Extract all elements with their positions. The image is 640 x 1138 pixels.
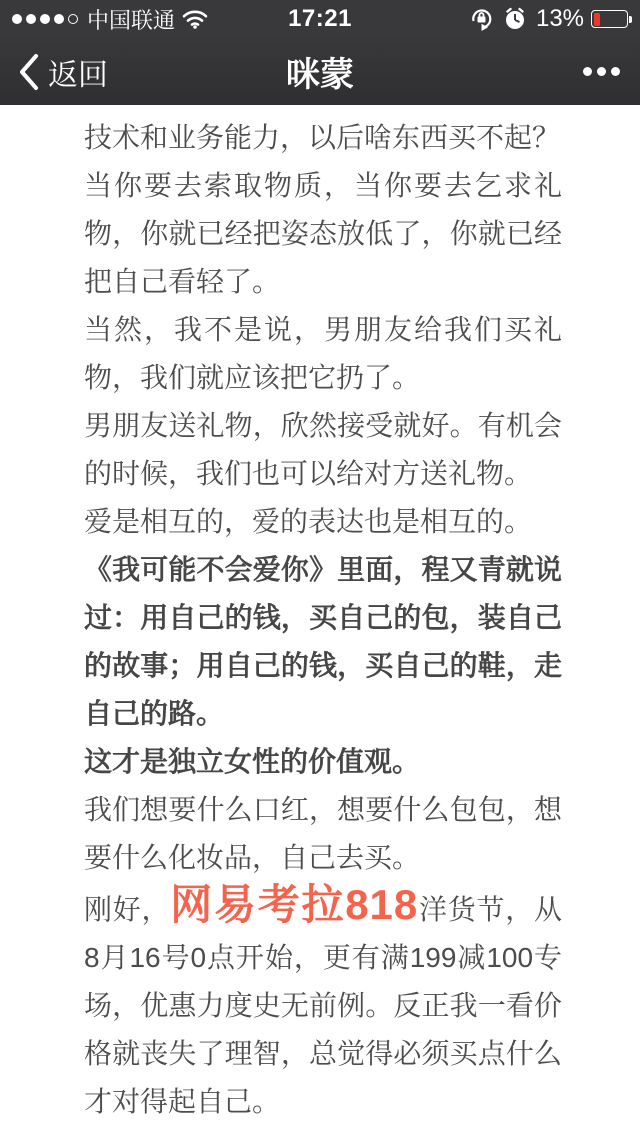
status-bar: 中国联通 17:21	[0, 0, 640, 38]
ellipsis-icon	[597, 67, 606, 76]
status-bar-right: 13%	[352, 5, 628, 33]
back-button-label: 返回	[48, 50, 108, 94]
status-bar-left: 中国联通	[12, 4, 288, 35]
article-content[interactable]: 技术和业务能力，以后啥东西买不起？ 当你要去索取物质，当你要去乞求礼物，你就已经…	[0, 105, 640, 1138]
nav-bar: 返回 咪蒙	[0, 38, 640, 105]
battery-level-fill	[594, 13, 600, 26]
orientation-lock-icon	[469, 7, 494, 31]
paragraph-bold-quote: 《我可能不会爱你》里面，程又青就说过：用自己的钱，买自己的包，装自己的故事；用自…	[84, 546, 562, 738]
back-button[interactable]: 返回	[18, 50, 108, 94]
battery-percent-label: 13%	[536, 5, 584, 33]
paragraph-promo: 刚好，网易考拉818洋货节，从8月16号0点开始，更有满199减100专场，优惠…	[84, 882, 562, 1126]
signal-dot	[54, 14, 64, 24]
signal-dot	[40, 14, 50, 24]
signal-dot	[12, 14, 22, 24]
carrier-label: 中国联通	[87, 4, 175, 35]
screen: 中国联通 17:21	[0, 0, 640, 1138]
back-chevron-icon	[18, 53, 40, 91]
clock-time: 17:21	[288, 5, 352, 33]
paragraph: 我们想要什么口红，想要什么包包，想要什么化妆品，自己去买。	[84, 786, 562, 882]
signal-dot-empty	[68, 14, 78, 24]
battery-icon	[591, 10, 628, 28]
paragraph-bold-statement: 这才是独立女性的价值观。	[84, 738, 562, 786]
more-menu-button[interactable]	[581, 57, 622, 86]
signal-dot	[26, 14, 36, 24]
ellipsis-icon	[611, 67, 620, 76]
paragraph: 当然，我不是说，男朋友给我们买礼物，我们就应该把它扔了。	[84, 306, 562, 402]
alarm-clock-icon	[503, 7, 527, 31]
paragraph: 爱是相互的，爱的表达也是相互的。	[84, 498, 562, 546]
paragraph: 技术和业务能力，以后啥东西买不起？	[84, 114, 562, 162]
cell-signal-icon	[12, 14, 78, 24]
paragraph: 男朋友送礼物，欣然接受就好。有机会的时候，我们也可以给对方送礼物。	[84, 402, 562, 498]
wifi-icon	[182, 9, 208, 29]
kaola-818-promo-link[interactable]: 网易考拉818	[170, 881, 418, 928]
ellipsis-icon	[583, 67, 592, 76]
paragraph: 当你要去索取物质，当你要去乞求礼物，你就已经把姿态放低了，你就已经把自己看轻了。	[84, 162, 562, 306]
promo-prefix: 刚好，	[84, 894, 170, 925]
